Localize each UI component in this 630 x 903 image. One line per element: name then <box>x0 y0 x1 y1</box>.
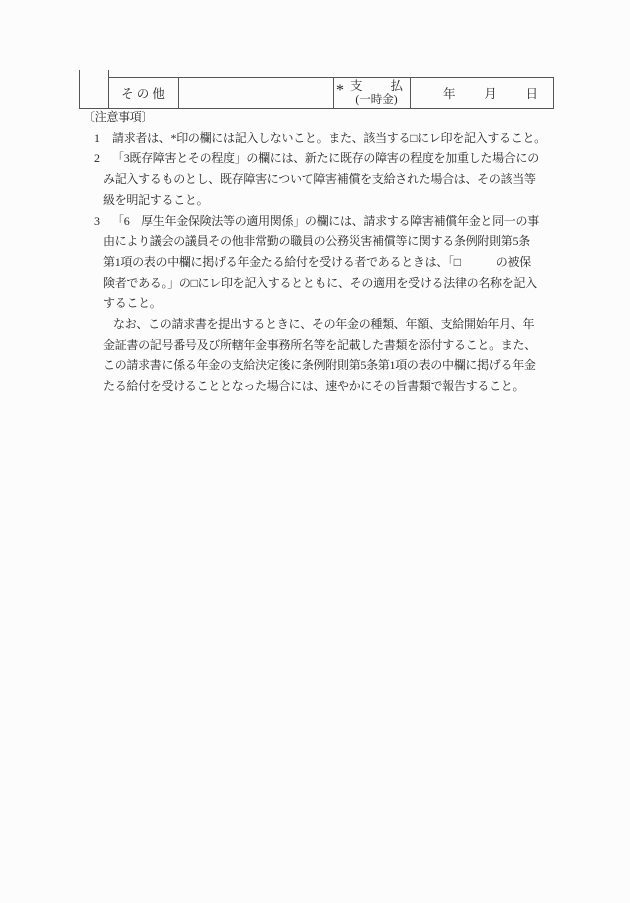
note-item-number: 2 <box>94 148 112 169</box>
table-border-col-value-right <box>333 77 334 109</box>
note-paragraph-wrapped-line: 金証書の記号番号及び所轄年金事務所名等を記載した書類を添付すること。また、 <box>83 335 565 356</box>
scanned-form-page: { "page": { "bg": "#fcfcfc", "text_color… <box>0 0 630 903</box>
note-item-number: 3 <box>94 211 112 232</box>
payment-label-line2: (一時金) <box>348 93 405 108</box>
payment-lump-sum-cell: 支 払 (一時金) <box>348 79 405 108</box>
table-border-col-payment-right <box>410 77 411 109</box>
date-day-label: 日 <box>525 84 538 102</box>
note-paragraph-wrapped-line: たる給付を受けることとなった場合には、速やかにその旨書類で報告すること。 <box>83 376 565 397</box>
note-item-first-line: 1請求者は、*印の欄には記入しないこと。また、該当する□にレ印を記入すること。 <box>83 128 565 149</box>
date-month-label: 月 <box>484 84 497 102</box>
note-item-text: 「3既存障害とその程度」の欄には、新たに既存の障害の程度を加重した場合にの <box>112 151 539 165</box>
notes-title: 〔注意事項〕 <box>83 107 565 128</box>
note-item-wrapped-line: 級を明記すること。 <box>83 190 565 211</box>
note-item-first-line: 2「3既存障害とその程度」の欄には、新たに既存の障害の程度を加重した場合にの <box>83 148 565 169</box>
payment-label-harai: 払 <box>390 79 403 93</box>
note-item-number: 1 <box>94 128 112 149</box>
note-paragraph-wrapped-line: この請求書に係る年金の支給決定後に条例附則第5条第1項の表の中欄に掲げる年金 <box>83 355 565 376</box>
payment-label-line1: 支 払 <box>348 79 405 93</box>
note-item-wrapped-line: すること。 <box>83 293 565 314</box>
table-border-right-outer <box>553 77 554 109</box>
notes-lines: 1請求者は、*印の欄には記入しないこと。また、該当する□にレ印を記入すること。2… <box>83 128 565 397</box>
continued-left-column-cell <box>80 77 108 108</box>
date-year-label: 年 <box>443 84 456 102</box>
notes-section: 〔注意事項〕 1請求者は、*印の欄には記入しないこと。また、該当する□にレ印を記… <box>83 107 565 397</box>
other-row-label: そ の 他 <box>108 78 178 108</box>
payment-date-cell: 年 月 日 <box>443 77 538 108</box>
payment-label-shi: 支 <box>350 79 363 93</box>
note-item-wrapped-line: 由により議会の議員その他非常勤の職員の公務災害補償等に関する条例附則第5条 <box>83 231 565 252</box>
note-item-wrapped-line: み記入するものとし、既存障害について障害補償を支給された場合は、その該当等 <box>83 169 565 190</box>
payment-asterisk-mark: * <box>336 84 344 98</box>
note-item-text: 請求者は、*印の欄には記入しないこと。また、該当する□にレ印を記入すること。 <box>112 131 546 145</box>
other-value-cell-empty <box>179 78 332 108</box>
note-paragraph-first-line: なお、この請求書を提出するときに、その年金の種類、年額、支給開始年月、年 <box>83 314 565 335</box>
note-item-wrapped-line: 険者である。」の□にレ印を記入するとともに、その適用を受ける法律の名称を記入 <box>83 273 565 294</box>
note-item-text: 「6 厚生年金保険法等の適用関係」の欄には、請求する障害補償年金と同一の事 <box>112 214 539 228</box>
note-item-wrapped-line: 第1項の表の中欄に掲げる年金たる給付を受ける者であるときは、「□ の被保 <box>83 252 565 273</box>
note-item-first-line: 3「6 厚生年金保険法等の適用関係」の欄には、請求する障害補償年金と同一の事 <box>83 211 565 232</box>
